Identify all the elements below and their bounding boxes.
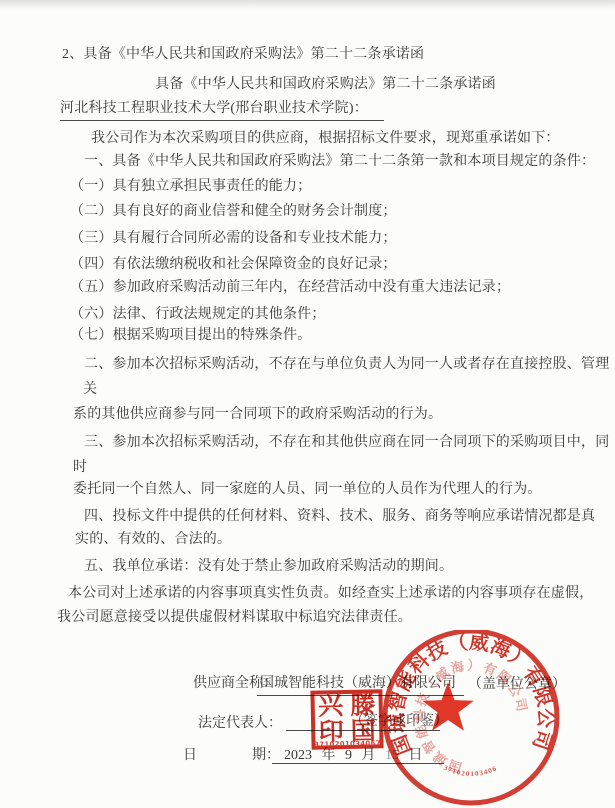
body-line: 系的其他供应商参与同一合同项下的政府采购活动的行为。 xyxy=(73,406,442,424)
company-round-seal: 国珹智能科技（威海）有限公司 国珹智能科技（威海）有限公司 3710201034… xyxy=(374,630,568,808)
date-label-ri: 日 xyxy=(183,747,197,765)
legal-representative-label: 法定代表人： xyxy=(198,715,282,733)
letter-title: 具备《中华人民共和国政府采购法》第二十二条承诺函 xyxy=(36,76,615,94)
date-year-month: 2023 年 9 月 xyxy=(284,748,376,763)
body-line: （六）法律、行政法规规定的其他条件； xyxy=(70,306,326,324)
body-line: 时 xyxy=(73,459,87,477)
svg-text:国珹智能科技（威海）有限公司: 国珹智能科技（威海）有限公司 xyxy=(384,630,556,757)
body-line: （三）具有履行合同所必需的设备和专业技术能力； xyxy=(70,230,397,248)
seal-char: 滕 xyxy=(350,694,376,720)
body-line: 三、参加本次招标采购活动，不存在和其他供应商在同一合同项下的采购项目中，同 xyxy=(84,434,609,452)
seal-company-arc-text: 国珹智能科技（威海）有限公司 xyxy=(384,630,556,757)
body-line: 二、参加本次招标采购活动，不存在与单位负责人为同一人或者存在直接控股、管理 xyxy=(84,356,609,374)
body-line: 四、投标文件中提供的任何材料、资料、技术、服务、商务等响应承诺情况都是真 xyxy=(84,508,595,526)
body-line: 我公司愿意接受以提供虚假材料谋取中标追究法律责任。 xyxy=(57,609,412,627)
body-line: （二）具有良好的商业信誉和健全的财务会计制度； xyxy=(70,203,397,221)
body-line: 实的、有效的、合法的。 xyxy=(75,531,231,549)
addressee-line: 河北科技工程职业技术大学(邢台职业技术学院)： xyxy=(60,100,384,121)
body-line: （五）参加政府采购活动前三年内，在经营活动中没有重大违法记录； xyxy=(70,279,510,297)
body-line: 我公司作为本次采购项目的供应商，根据招标文件要求，现郑重承诺如下： xyxy=(91,130,560,148)
body-line: 五、我单位承诺：没有处于禁止参加政府采购活动的期间。 xyxy=(84,558,453,576)
body-line: 一、具备《中华人民共和国政府采购法》第二十二条第一款和本项目规定的条件： xyxy=(84,153,595,171)
document-page: 2、具备《中华人民共和国政府采购法》第二十二条承诺函 具备《中华人民共和国政府采… xyxy=(0,0,615,808)
heading-item-line: 2、具备《中华人民共和国政府采购法》第二十二条承诺函 xyxy=(62,46,424,64)
body-line: （七）根据采购项目提出的特殊条件。 xyxy=(70,327,311,345)
name-square-seal: 兴 滕 印 国 3710201034067 xyxy=(310,689,383,749)
body-line: （一）具有独立承担民事责任的能力； xyxy=(70,178,311,196)
body-line: 本公司对上述承诺的内容事项真实性负责。如经查实上述承诺的内容事项存在虚假， xyxy=(68,585,593,603)
body-line: 关 xyxy=(83,381,97,399)
body-line: （四）有依法缴纳税收和社会保障资金的良好记录； xyxy=(70,256,397,274)
seal-char: 兴 xyxy=(318,694,344,720)
body-line: 委托同一个自然人、同一家庭的人员、同一单位的人员作为代理人的行为。 xyxy=(73,481,542,499)
